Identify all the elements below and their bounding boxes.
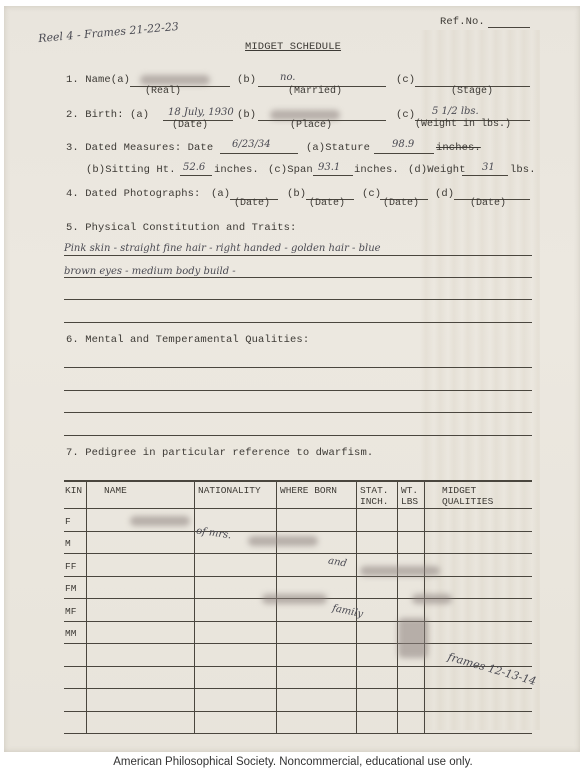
pedigree-label: 7. Pedigree in particular reference to d… (66, 447, 373, 459)
table-row-rule (64, 643, 532, 644)
weight-label: (d)Weight (408, 164, 466, 176)
name-married-value: no. (280, 72, 295, 83)
ref-no-label: Ref.No. (440, 16, 485, 28)
table-header-stat-inch: STAT. INCH. (360, 485, 389, 507)
photo-a-sub: (Date) (234, 198, 270, 209)
physical-line-1: Pink skin - straight fine hair - right h… (64, 243, 381, 254)
table-header-name: NAME (104, 485, 127, 496)
measures-label: 3. Dated Measures: Date (66, 142, 213, 154)
table-column-divider (276, 482, 277, 733)
redacted-name-4 (412, 594, 452, 604)
redacted-block (398, 618, 428, 658)
weight-value: 31 (482, 162, 495, 173)
birth-date-value: 18 July, 1930 (168, 107, 234, 118)
sitting-line (180, 175, 212, 176)
photo-d-label: (d) (435, 188, 454, 200)
name-married-sub: (Married) (288, 86, 342, 97)
stature-label: (a)Stature (306, 142, 370, 154)
span-line (313, 175, 353, 176)
mental-label: 6. Mental and Temperamental Qualities: (66, 334, 309, 346)
table-column-divider (194, 482, 195, 733)
page-title: MIDGET SCHEDULE (245, 41, 341, 53)
redacted-name-3 (262, 594, 327, 604)
birth-weight-sub: (Weight in lbs.) (415, 119, 511, 130)
photographs-label: 4. Dated Photographs: (66, 188, 200, 200)
physical-rule-4 (64, 322, 532, 323)
table-header-wt-lbs: WT. LBS (401, 485, 418, 507)
span-label: (c)Span (268, 164, 313, 176)
table-top-rule (64, 480, 532, 482)
photo-d-sub: (Date) (470, 198, 506, 209)
physical-rule-1 (64, 255, 532, 256)
measures-date-line (220, 153, 298, 154)
table-column-divider (86, 482, 87, 733)
table-row-rule (64, 576, 532, 577)
birth-label: 2. Birth: (a) (66, 109, 149, 121)
stature-value: 98.9 (392, 139, 414, 150)
physical-rule-3 (64, 299, 532, 300)
span-value: 93.1 (318, 162, 340, 173)
photo-a-label: (a) (211, 188, 230, 200)
table-header-midget-qualities: MIDGET QUALITIES (442, 485, 493, 507)
name-real-sub: (Real) (145, 86, 181, 97)
table-column-divider (424, 482, 425, 733)
photo-b-sub: (Date) (309, 198, 345, 209)
redacted-real-name (140, 75, 210, 85)
table-header-nationality: NATIONALITY (198, 485, 261, 496)
stature-unit: inches. (436, 142, 481, 154)
birth-place-sub: (Place) (290, 120, 332, 131)
table-row-rule (64, 531, 532, 532)
weight-line (462, 175, 508, 176)
weight-unit: lbs. (510, 164, 536, 176)
name-label: 1. Name(a) (66, 74, 130, 86)
birth-date-sub: (Date) (172, 120, 208, 131)
kin-label-mm: MM (65, 628, 76, 639)
kin-label-f: F (65, 516, 71, 527)
birth-c-label: (c) (396, 109, 415, 121)
photo-b-label: (b) (287, 188, 306, 200)
redacted-birth-place (270, 110, 340, 120)
name-c-label: (c) (396, 74, 415, 86)
sitting-value: 52.6 (183, 162, 205, 173)
kin-label-m: M (65, 538, 71, 549)
sitting-unit: inches. (214, 164, 259, 176)
table-row-rule (64, 688, 532, 689)
mental-rule-3 (64, 412, 532, 413)
physical-line-2: brown eyes - medium body build - (64, 266, 236, 277)
redacted-father-name (130, 516, 190, 526)
table-row-rule (64, 553, 532, 554)
table-header-rule (64, 508, 532, 509)
table-column-divider (397, 482, 398, 733)
photo-c-sub: (Date) (383, 198, 419, 209)
redacted-mother-name (248, 536, 318, 546)
stature-line (374, 153, 434, 154)
ref-no-line (488, 27, 530, 28)
span-unit: inches. (354, 164, 399, 176)
mental-rule-1 (64, 367, 532, 368)
sitting-label: (b)Sitting Ht. (86, 164, 176, 176)
table-row-rule (64, 621, 532, 622)
birth-b-label: (b) (237, 109, 256, 121)
name-b-label: (b) (237, 74, 256, 86)
table-row-rule (64, 733, 532, 734)
measures-date-value: 6/23/34 (232, 139, 271, 150)
mental-rule-4 (64, 435, 532, 436)
kin-label-fm: FM (65, 583, 76, 594)
physical-label: 5. Physical Constitution and Traits: (66, 222, 296, 234)
archive-caption: American Philosophical Society. Noncomme… (0, 756, 586, 768)
kin-label-ff: FF (65, 561, 76, 572)
table-row-rule (64, 711, 532, 712)
name-stage-sub: (Stage) (451, 86, 493, 97)
redacted-name-2 (360, 566, 440, 576)
birth-weight-value: 5 1/2 lbs. (432, 106, 479, 117)
table-header-kin: KIN (65, 485, 82, 496)
mental-rule-2 (64, 390, 532, 391)
table-header-where-born: WHERE BORN (280, 485, 337, 496)
photo-c-label: (c) (362, 188, 381, 200)
kin-label-mf: MF (65, 606, 76, 617)
physical-rule-2 (64, 277, 532, 278)
